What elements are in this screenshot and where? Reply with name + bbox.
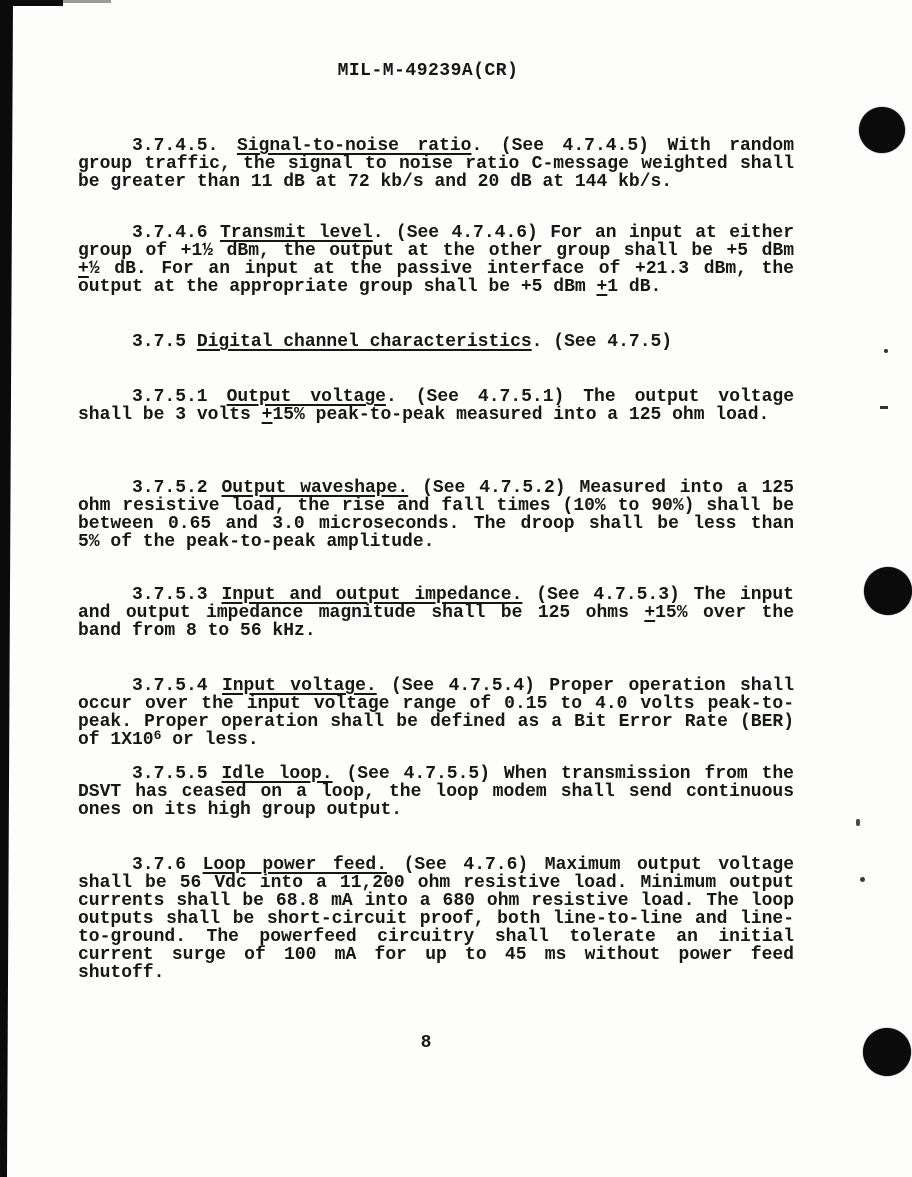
text-line: currents shall be 68.8 mA into a 680 ohm… bbox=[78, 892, 794, 910]
text-line: shall be 3 volts +15% peak-to-peak measu… bbox=[78, 406, 794, 424]
paragraph-3.7.4.5: 3.7.4.5. Signal-to-noise ratio. (See 4.7… bbox=[78, 137, 794, 191]
paragraph-3.7.5.1: 3.7.5.1 Output voltage. (See 4.7.5.1) Th… bbox=[78, 388, 794, 424]
text-line: ones on its high group output. bbox=[78, 801, 794, 819]
paragraph-3.7.4.6: 3.7.4.6 Transmit level. (See 4.7.4.6) Fo… bbox=[78, 224, 794, 296]
text-line: 3.7.5.5 Idle loop. (See 4.7.5.5) When tr… bbox=[78, 765, 794, 783]
text-line: ohm resistive load, the rise and fall ti… bbox=[78, 497, 794, 515]
paragraph-3.7.6: 3.7.6 Loop power feed. (See 4.7.6) Maxim… bbox=[78, 856, 794, 982]
document-id-header: MIL-M-49239A(CR) bbox=[70, 62, 786, 80]
document-body: 3.7.4.5. Signal-to-noise ratio. (See 4.7… bbox=[78, 82, 794, 982]
scanned-document-page: MIL-M-49239A(CR) 3.7.4.5. Signal-to-nois… bbox=[0, 0, 912, 1177]
hole-punch-mark-middle bbox=[864, 567, 912, 615]
text-line: outputs shall be short-circuit proof, bo… bbox=[78, 910, 794, 928]
text-line: output at the appropriate group shall be… bbox=[78, 278, 794, 296]
text-line: 3.7.4.6 Transmit level. (See 4.7.4.6) Fo… bbox=[78, 224, 794, 242]
text-line: shutoff. bbox=[78, 964, 794, 982]
text-line: 3.7.5.4 Input voltage. (See 4.7.5.4) Pro… bbox=[78, 677, 794, 695]
text-line: be greater than 11 dB at 72 kb/s and 20 … bbox=[78, 173, 794, 191]
paragraph-3.7.5: 3.7.5 Digital channel characteristics. (… bbox=[78, 333, 794, 351]
scan-speck bbox=[860, 877, 865, 882]
scan-speck bbox=[884, 349, 888, 353]
text-line: 3.7.5.3 Input and output impedance. (See… bbox=[78, 586, 794, 604]
text-line: current surge of 100 mA for up to 45 ms … bbox=[78, 946, 794, 964]
paragraph-3.7.5.3: 3.7.5.3 Input and output impedance. (See… bbox=[78, 586, 794, 640]
top-left-scan-mark bbox=[5, 0, 63, 6]
scan-speck bbox=[856, 819, 860, 826]
left-edge-scan-bar bbox=[0, 0, 16, 1177]
top-left-scan-mark-faint bbox=[63, 0, 111, 3]
text-line: +½ dB. For an input at the passive inter… bbox=[78, 260, 794, 278]
text-line: peak. Proper operation shall be defined … bbox=[78, 713, 794, 731]
text-line: of 1X106 or less. bbox=[78, 731, 794, 749]
text-line: 3.7.6 Loop power feed. (See 4.7.6) Maxim… bbox=[78, 856, 794, 874]
text-line: band from 8 to 56 kHz. bbox=[78, 622, 794, 640]
text-line: 3.7.4.5. Signal-to-noise ratio. (See 4.7… bbox=[78, 137, 794, 155]
text-line: 3.7.5.2 Output waveshape. (See 4.7.5.2) … bbox=[78, 479, 794, 497]
text-line: between 0.65 and 3.0 microseconds. The d… bbox=[78, 515, 794, 533]
paragraph-3.7.5.4: 3.7.5.4 Input voltage. (See 4.7.5.4) Pro… bbox=[78, 677, 794, 749]
text-line: group of +1½ dBm, the output at the othe… bbox=[78, 242, 794, 260]
paragraph-3.7.5.2: 3.7.5.2 Output waveshape. (See 4.7.5.2) … bbox=[78, 479, 794, 551]
paragraph-3.7.5.5: 3.7.5.5 Idle loop. (See 4.7.5.5) When tr… bbox=[78, 765, 794, 819]
hole-punch-mark-top bbox=[859, 107, 905, 153]
text-line: 3.7.5.1 Output voltage. (See 4.7.5.1) Th… bbox=[78, 388, 794, 406]
text-line: shall be 56 Vdc into a 11,200 ohm resist… bbox=[78, 874, 794, 892]
text-line: 5% of the peak-to-peak amplitude. bbox=[78, 533, 794, 551]
page-number: 8 bbox=[0, 1034, 852, 1052]
text-line: and output impedance magnitude shall be … bbox=[78, 604, 794, 622]
text-line: DSVT has ceased on a loop, the loop mode… bbox=[78, 783, 794, 801]
text-line: group traffic, the signal to noise ratio… bbox=[78, 155, 794, 173]
text-line: to-ground. The powerfeed circuitry shall… bbox=[78, 928, 794, 946]
text-line: 3.7.5 Digital channel characteristics. (… bbox=[78, 333, 794, 351]
scan-speck bbox=[880, 406, 888, 409]
hole-punch-mark-bottom bbox=[863, 1028, 911, 1076]
text-line: occur over the input voltage range of 0.… bbox=[78, 695, 794, 713]
